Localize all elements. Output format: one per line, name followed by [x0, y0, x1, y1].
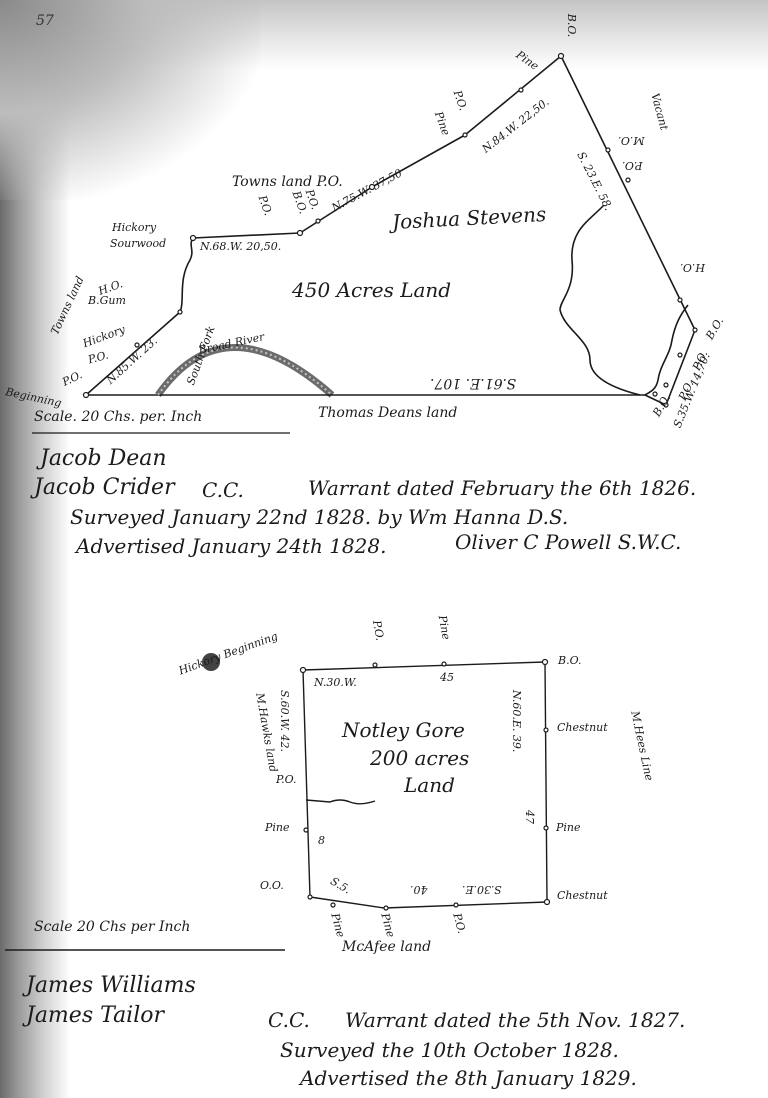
corner-po-right: P.O.	[622, 160, 643, 171]
call-west-dist: 8	[318, 835, 325, 846]
call-east: N.60.E. 39.	[511, 690, 522, 752]
record1-advertised: Advertised January 24th 1828.	[76, 536, 386, 556]
call-west: S.60.W. 42.	[279, 690, 290, 752]
plat2-land-label: Land	[404, 775, 455, 795]
chain-carrier-4: James Tailor	[26, 1005, 164, 1027]
adjacent-thomas-deans-land: Thomas Deans land	[318, 406, 457, 420]
chain-carrier-2: Jacob Crider	[34, 477, 175, 499]
corner-pine-w: Pine	[265, 822, 290, 833]
corner-bo-ne: B.O.	[558, 655, 581, 666]
corner-po-top-2: P.O.	[371, 619, 385, 641]
corner-oo-sw: O.O.	[260, 880, 284, 891]
call-south: S.30.E.	[462, 884, 502, 895]
corner-apex: B.O.	[566, 14, 577, 37]
call-south-line: S.61.E. 107.	[430, 376, 516, 390]
call-north-dist: 45	[440, 672, 454, 683]
call-east-dist: 47	[524, 810, 535, 824]
call-n68w: N.68.W. 20,50.	[200, 241, 281, 252]
corner-pine-e: Pine	[556, 822, 581, 833]
record1-warrant: Warrant dated February the 6th 1826.	[308, 478, 696, 498]
record2-warrant: Warrant dated the 5th Nov. 1827.	[345, 1010, 685, 1030]
plat2-acreage: 200 acres	[370, 748, 469, 768]
plat1-acreage: 450 Acres Land	[292, 280, 451, 300]
corner-sourwood: Sourwood	[110, 238, 166, 249]
record1-cc-label: C.C.	[202, 480, 244, 500]
plat1-scale: Scale. 20 Chs. per. Inch	[34, 410, 202, 424]
corner-bgum: B.Gum	[88, 295, 126, 306]
adjacent-south-land: McAfee land	[342, 940, 431, 954]
corner-chestnut-e1: Chestnut	[557, 722, 608, 733]
call-south-dist: 40.	[410, 884, 428, 895]
corner-mo: M.O.	[618, 135, 645, 146]
adjacent-towns-land-north: Towns land P.O.	[232, 175, 343, 189]
record1-official: Oliver C Powell S.W.C.	[455, 532, 681, 552]
record2-cc-label: C.C.	[268, 1010, 310, 1030]
record1-surveyed: Surveyed January 22nd 1828. by Wm Hanna …	[70, 507, 568, 527]
corner-hickory-top: Hickory	[112, 222, 156, 233]
record2-advertised: Advertised the 8th January 1829.	[300, 1068, 637, 1088]
chain-carrier-1: Jacob Dean	[40, 448, 167, 470]
corner-po-w: P.O.	[276, 774, 297, 785]
record2-surveyed: Surveyed the 10th October 1828.	[280, 1040, 619, 1060]
call-n30w: N.30.W.	[314, 677, 357, 688]
document-page: 57	[0, 0, 768, 1098]
plat2-tract-name: Notley Gore	[342, 720, 465, 740]
corner-ho-right: H.O.	[680, 262, 705, 273]
plat2-scale: Scale 20 Chs per Inch	[34, 920, 190, 934]
chain-carrier-3: James Williams	[26, 975, 196, 997]
corner-chestnut-se: Chestnut	[557, 890, 608, 901]
